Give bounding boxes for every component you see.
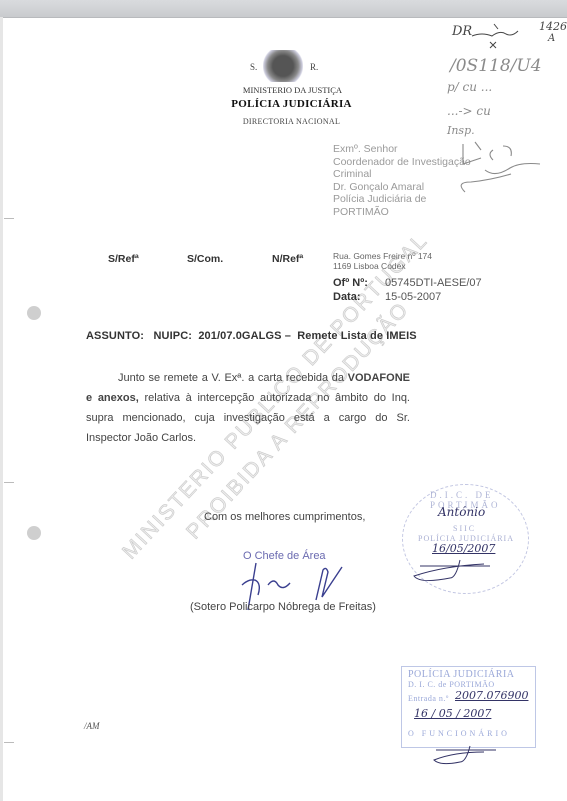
sender-address: Rua. Gomes Freire nº 174 1169 Lisboa Cod… xyxy=(333,251,432,271)
rect-stamp-entry-label: Entrada n.º xyxy=(408,694,449,703)
date-value: 15-05-2007 xyxy=(385,291,441,303)
round-stamp-signature xyxy=(410,556,520,586)
scanner-top-edge xyxy=(0,0,567,18)
office-reference: Ofº Nº:05745DTI-AESE/07 Data:15-05-2007 xyxy=(333,276,482,304)
s-ref-label: S/Refª xyxy=(108,253,139,265)
closing-salutation: Com os melhores cumprimentos, xyxy=(204,511,365,523)
addressee-line: Coordenador de Investigação xyxy=(333,156,471,169)
handwritten-number: 1426 xyxy=(539,20,567,33)
addressee-line: Polícia Judiciária de xyxy=(333,193,471,206)
handwritten-scribble xyxy=(470,22,520,50)
rect-stamp-line-1: POLÍCIA JUDICIÁRIA xyxy=(408,669,515,680)
page-left-edge xyxy=(0,17,3,801)
of-value: 05745DTI-AESE/07 xyxy=(385,277,482,289)
signatory-name: (Sotero Policarpo Nóbrega de Freitas) xyxy=(190,601,376,613)
body-text: Junto se remete a V. Exª. a carta recebi… xyxy=(118,372,348,384)
handwritten-reference: /0S118/U4 xyxy=(450,56,542,76)
sender-street: Rua. Gomes Freire nº 174 xyxy=(333,251,432,261)
punch-hole xyxy=(27,306,41,320)
handwritten-initials xyxy=(455,140,565,200)
s-com-label: S/Com. xyxy=(187,253,223,265)
rect-stamp-footer: O FUNCIONÁRIO xyxy=(408,729,510,738)
addressee-line: PORTIMÃO xyxy=(333,206,471,219)
rect-stamp-signature xyxy=(430,744,510,768)
directorate-name: DIRECTORIA NACIONAL xyxy=(8,117,567,126)
date-label: Data: xyxy=(333,290,385,304)
round-stamp-handwritten-name: António xyxy=(438,505,485,519)
margin-mark xyxy=(4,218,14,219)
letterhead-left-mark: S. xyxy=(250,62,257,72)
round-stamp-date: 16/05/2007 xyxy=(432,542,495,555)
margin-mark xyxy=(4,482,14,483)
typist-initials: /AM xyxy=(84,721,100,731)
round-stamp-inner-1: SIIC xyxy=(453,524,476,533)
sender-city: 1169 Lisboa Codex xyxy=(333,261,432,271)
punch-hole xyxy=(27,526,41,540)
subject-line: ASSUNTO: NUIPC: 201/07.0GALGS – Remete L… xyxy=(86,330,417,342)
handwritten-note: ...-> cu xyxy=(447,104,491,118)
handwritten-note: p/ cu ... xyxy=(447,80,492,94)
addressee-block: Exmº. Senhor Coordenador de Investigação… xyxy=(333,143,471,218)
addressee-line: Exmº. Senhor xyxy=(333,143,471,156)
handwritten-sub: A xyxy=(548,33,555,44)
letterhead-right-mark: R. xyxy=(310,62,318,72)
addressee-line: Dr. Gonçalo Amaral xyxy=(333,181,471,194)
rect-stamp-line-2: D. I. C. de PORTIMÃO xyxy=(408,680,495,689)
rect-stamp-date: 16 / 05 / 2007 xyxy=(414,707,491,720)
letter-body: Junto se remete a V. Exª. a carta recebi… xyxy=(86,368,410,448)
margin-mark xyxy=(4,742,14,743)
n-ref-label: N/Refª xyxy=(272,253,303,265)
handwritten-note: Insp. xyxy=(447,124,475,137)
addressee-line: Criminal xyxy=(333,168,471,181)
of-label: Ofº Nº: xyxy=(333,276,385,290)
rect-stamp-entry-value: 2007.076900 xyxy=(455,689,528,702)
coat-of-arms-icon xyxy=(263,50,303,82)
